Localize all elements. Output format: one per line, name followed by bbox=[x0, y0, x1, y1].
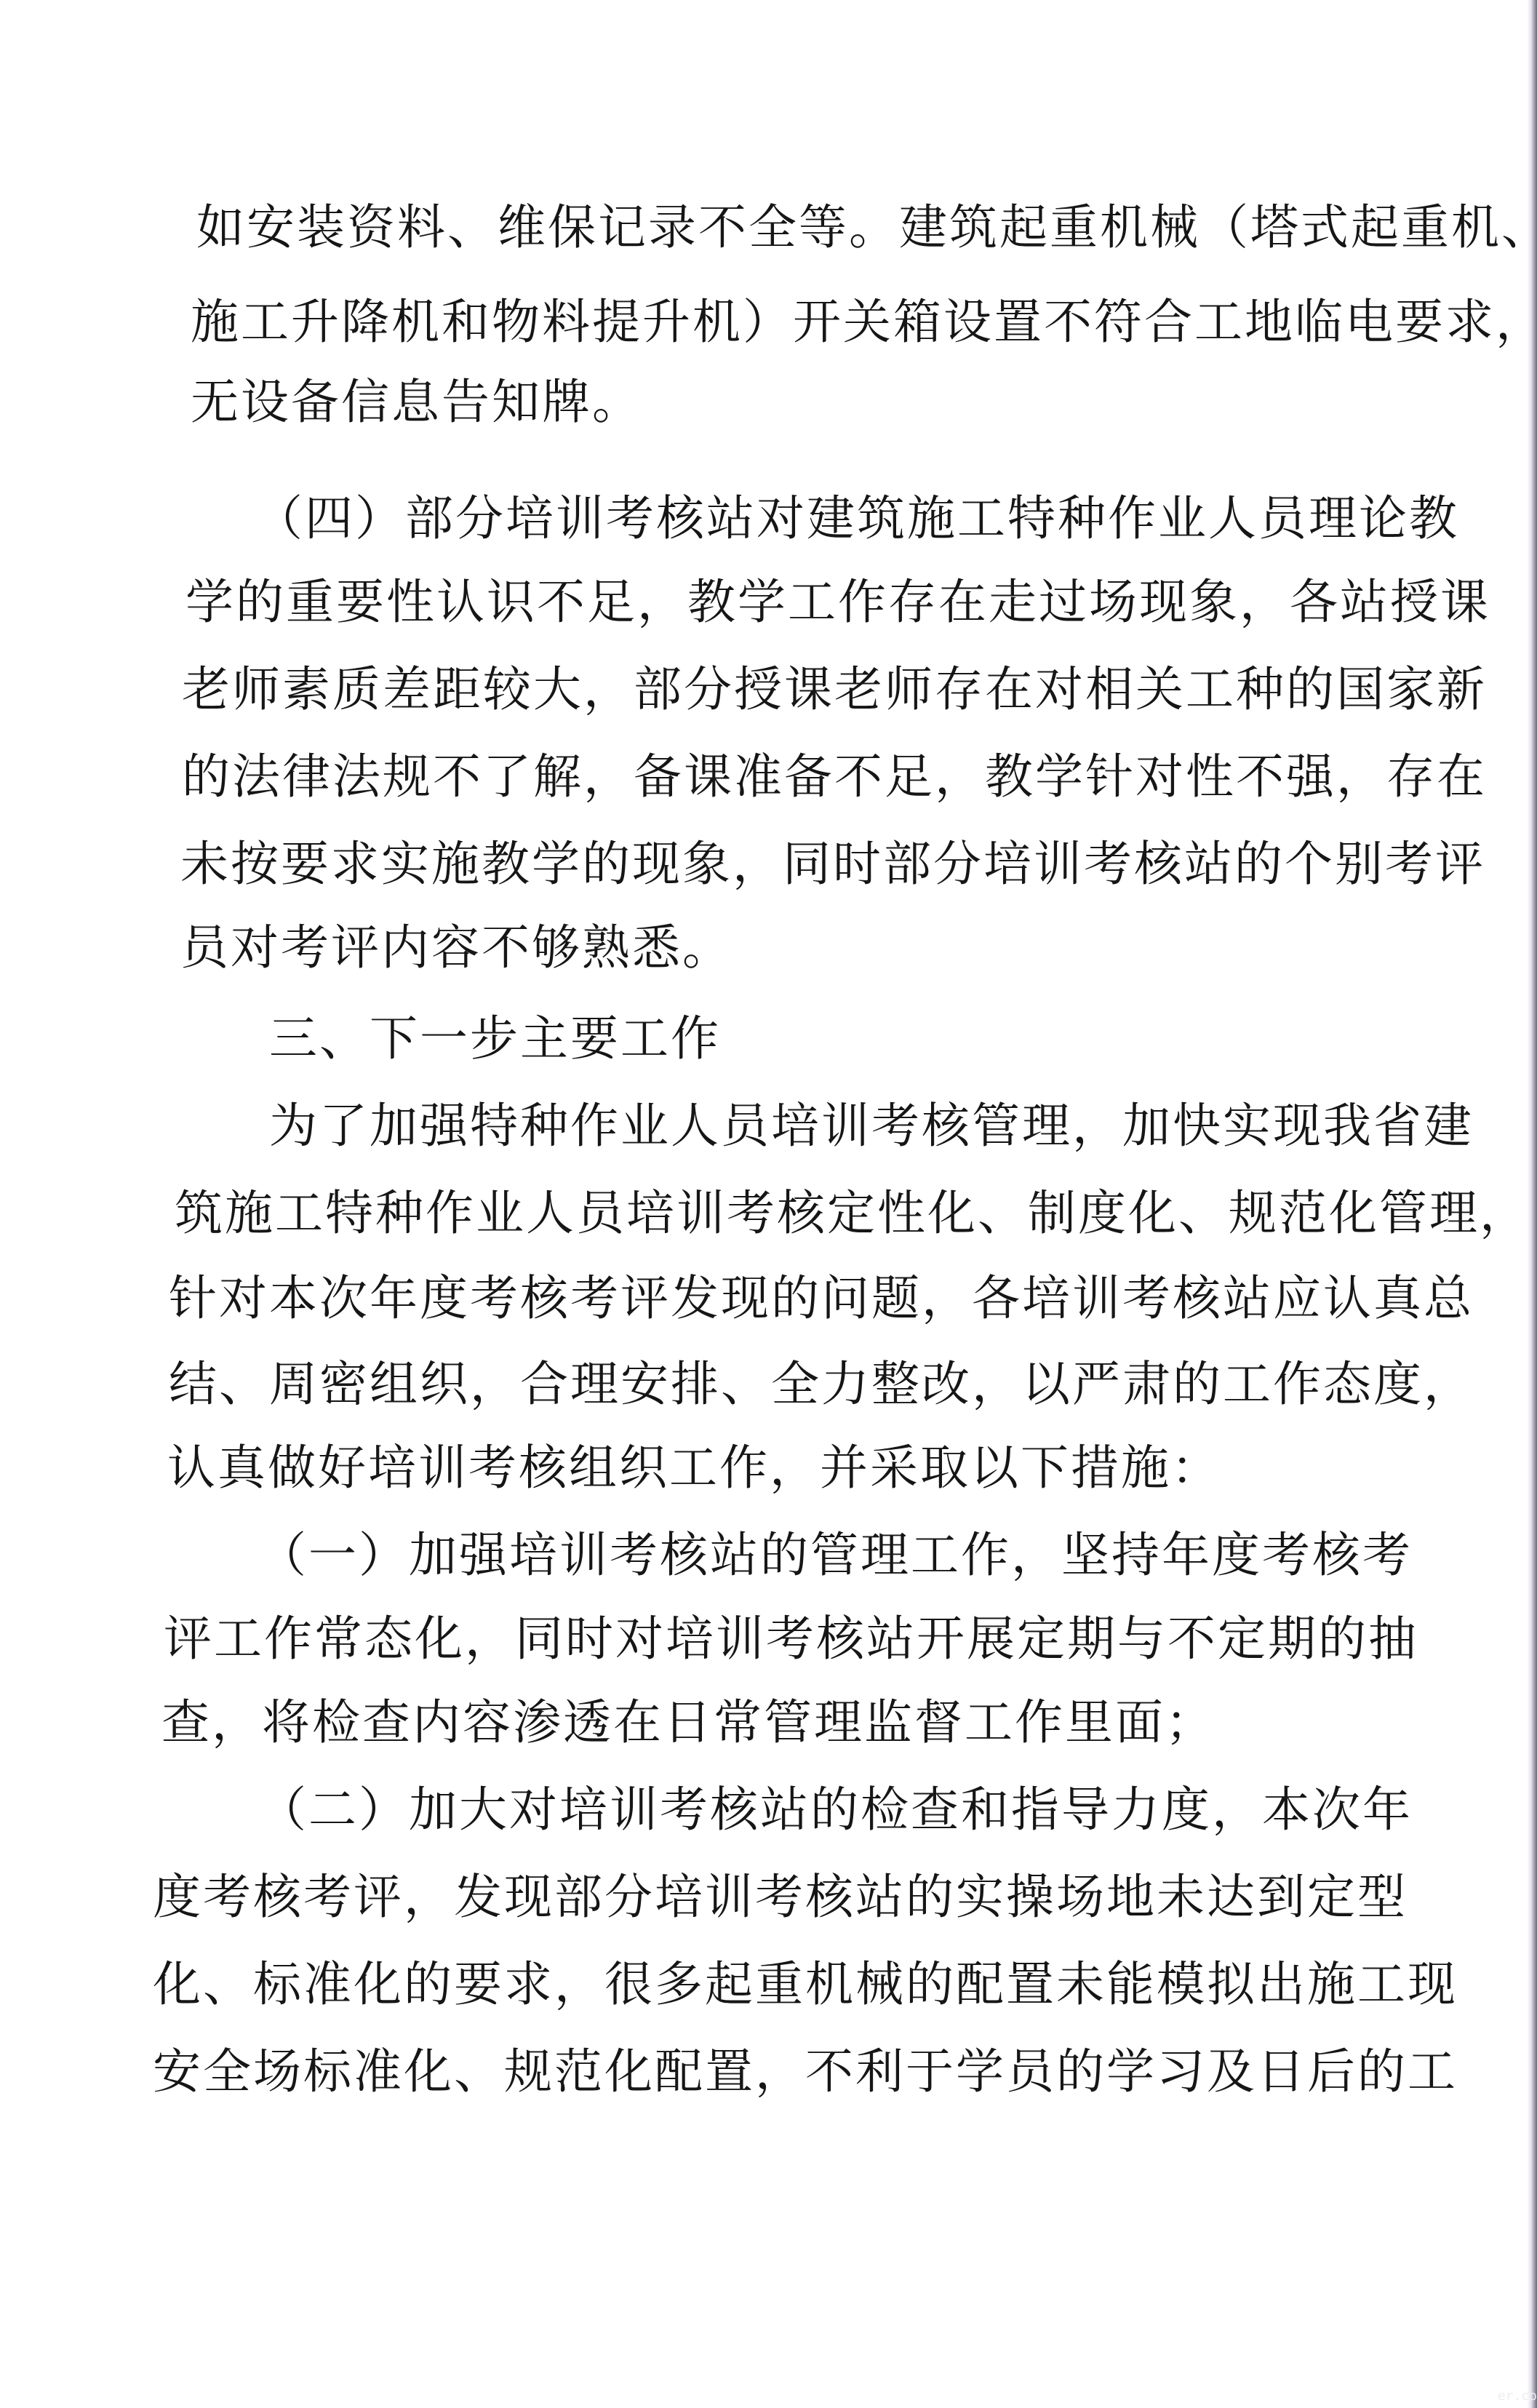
section-heading: 三、下一步主要工作 bbox=[269, 1015, 721, 1063]
text-line: 认真做好培训考核组织工作，并采取以下措施： bbox=[167, 1444, 1221, 1492]
text-line: 如安装资料、维保记录不全等。建筑起重机械（塔式起重机、 bbox=[196, 204, 1537, 252]
text-line: 未按要求实施教学的现象，同时部分培训考核站的个别考评 bbox=[180, 840, 1485, 888]
paragraph-2-start: （二）加大对培训考核站的检查和指导力度，本次年 bbox=[258, 1786, 1413, 1834]
text-line: 员对考评内容不够熟悉。 bbox=[180, 924, 732, 972]
text-line: 评工作常态化，同时对培训考核站开展定期与不定期的抽 bbox=[164, 1615, 1418, 1663]
text-line: 筑施工特种作业人员培训考核定性化、制度化、规范化管理， bbox=[175, 1189, 1530, 1237]
paragraph-1-start: （一）加强培训考核站的管理工作，坚持年度考核考 bbox=[258, 1531, 1413, 1579]
text-line: 化、标准化的要求，很多起重机械的配置未能模拟出施工现 bbox=[153, 1961, 1458, 2009]
text-line: 度考核考评，发现部分培训考核站的实操场地未达到定型 bbox=[153, 1873, 1408, 1921]
document-page: 如安装资料、维保记录不全等。建筑起重机械（塔式起重机、 施工升降机和物料提升机）… bbox=[0, 0, 1537, 2408]
text-line: 查，将检查内容渗透在日常管理监督工作里面； bbox=[161, 1699, 1215, 1747]
text-line: 为了加强特种作业人员培训考核管理，加快实现我省建 bbox=[269, 1102, 1474, 1150]
text-line: 老师素质差距较大，部分授课老师存在对相关工种的国家新 bbox=[182, 666, 1487, 714]
text-line: 无设备信息告知牌。 bbox=[191, 378, 642, 426]
scan-edge bbox=[1527, 0, 1537, 2408]
watermark: er.co bbox=[1498, 2388, 1537, 2404]
text-line: 的法律法规不了解，备课准备不足，教学针对性不强，存在 bbox=[182, 753, 1487, 801]
text-line: 结、周密组织，合理安排、全力整改，以严肃的工作态度， bbox=[169, 1360, 1474, 1408]
paragraph-4-start: （四）部分培训考核站对建筑施工特种作业人员理论教 bbox=[255, 495, 1459, 543]
text-line: 安全场标准化、规范化配置，不利于学员的学习及日后的工 bbox=[153, 2048, 1458, 2096]
text-line: 针对本次年度考核考评发现的问题，各培训考核站应认真总 bbox=[169, 1275, 1474, 1323]
text-line: 学的重要性认识不足，教学工作存在走过场现象，各站授课 bbox=[185, 578, 1490, 626]
text-line: 施工升降机和物料提升机）开关箱设置不符合工地临电要求， bbox=[191, 298, 1537, 346]
